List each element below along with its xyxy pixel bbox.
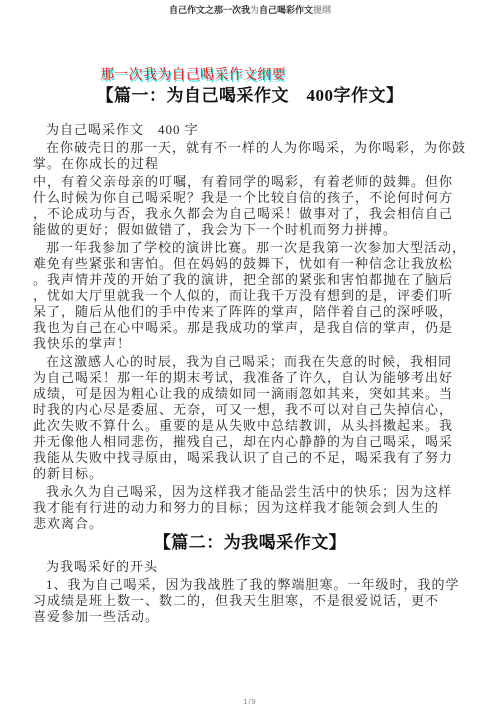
section-heading: 【篇一：为自己喝采作文 400字作文】 xyxy=(33,86,467,105)
body-text-line: 的新目标。 xyxy=(33,466,467,482)
section-paragraphs: 为我喝采好的开头1、我为自己喝采，因为我战胜了我的弊端胆寒。一年级时，我的学习成… xyxy=(33,559,467,625)
header-title-part-muted: 提纲 xyxy=(313,5,331,15)
body-text-line: 我也为自己在心中喝采。那是我成功的掌声，是我自信的掌声，仍是 xyxy=(33,320,467,336)
body-text-line: 成绩，可是因为粗心让我的成绩如同一滴雨忽如其来，突如其来。当 xyxy=(33,386,467,402)
body-text-line: 为自己喝采！那一年的期末考试，我准备了许久，自认为能够考出好 xyxy=(33,370,467,386)
paragraph: 为我喝采好的开头 xyxy=(33,559,467,575)
body-text-line: 习成绩是班上数一、数二的，但我天生胆寒，不是很爱说话，更不 xyxy=(33,593,467,609)
essay-section: 【篇一：为自己喝采作文 400字作文】为自己喝采作文 400 字在你破壳日的那一… xyxy=(33,86,467,532)
body-text-line: 1、我为自己喝采，因为我战胜了我的弊端胆寒。一年级时，我的学 xyxy=(33,577,467,593)
paragraph: 为自己喝采作文 400 字 xyxy=(33,122,467,138)
paragraph: 在你破壳日的那一天，就有不一样的人为你喝采，为你喝彩，为你鼓掌。在你成长的过程 xyxy=(33,140,467,172)
header-title-part: 自己喝彩作文 xyxy=(259,5,313,15)
body-text-line: 中，有着父亲母亲的叮嘱，有着同学的喝彩，有着老师的鼓舞。但你 xyxy=(33,174,467,190)
section-heading: 【篇二：为我喝采作文】 xyxy=(33,533,467,552)
body-text-line: 我快乐的掌声！ xyxy=(33,336,467,352)
body-text-line: 那一年我参加了学校的演讲比赛。那一次是我第一次参加大型活动， xyxy=(33,240,467,256)
paragraph: 那一年我参加了学校的演讲比赛。那一次是我第一次参加大型活动，难免有些紧张和害怕。… xyxy=(33,240,467,352)
body-text-line: 为我喝采好的开头 xyxy=(33,559,467,575)
body-text-line: ，不论成功与否，我永久都会为自己喝采！做事对了，我会相信自己 xyxy=(33,206,467,222)
body-text-line: 我能从失败中找寻原由，喝采我认识了自己的不足，喝采我有了努力 xyxy=(33,450,467,466)
body-text-line: 呆了，随后从他们的手中传来了阵阵的掌声，陪伴着自己的深呼吸， xyxy=(33,304,467,320)
paragraph: 中，有着父亲母亲的叮嘱，有着同学的喝彩，有着老师的鼓舞。但你什么时候为你自己喝采… xyxy=(33,174,467,238)
document-header-title: 自己作文之那一次我为自己喝彩作文提纲 xyxy=(0,3,500,16)
header-title-part: 自己作文之那一次我 xyxy=(169,5,250,15)
paragraph: 在这激感人心的时辰，我为自己喝采；而我在失意的时候，我相同为自己喝采！那一年的期… xyxy=(33,354,467,482)
page-number: 1/9 xyxy=(0,697,500,706)
body-text-line: 我永久为自己喝采，因为这样我才能品尝生活中的快乐；因为这样 xyxy=(33,484,467,500)
body-text-line: 时我的内心尽是委屈、无奈，可又一想，我不可以对自己失掉信心， xyxy=(33,402,467,418)
body-text-line: 掌。在你成长的过程 xyxy=(33,156,467,172)
body-text-line: ，忧如大厅里就我一个人似的，而让我千万没有想到的是，评委们听 xyxy=(33,288,467,304)
body-text-line: 此次失败不算什么。重要的是从失败中总结教训，从头抖擞起来。我 xyxy=(33,418,467,434)
essay-section: 【篇二：为我喝采作文】为我喝采好的开头1、我为自己喝采，因为我战胜了我的弊端胆寒… xyxy=(33,533,467,625)
body-text-line: 悲欢离合。 xyxy=(33,516,467,532)
body-text-line: 在这激感人心的时辰，我为自己喝采；而我在失意的时候，我相同 xyxy=(33,354,467,370)
body-text-line: 什么时候为你自己喝采呢？我是一个比较自信的孩子，不论何时何方 xyxy=(33,190,467,206)
document-content: 【篇一：为自己喝采作文 400字作文】为自己喝采作文 400 字在你破壳日的那一… xyxy=(33,86,467,625)
body-text-line: 并无像他人相同悲伤，摧残自己，却在内心静静的为自己喝采，喝采 xyxy=(33,434,467,450)
paragraph: 我永久为自己喝采，因为这样我才能品尝生活中的快乐；因为这样我才能有行进的动力和努… xyxy=(33,484,467,532)
header-title-part-muted: 为 xyxy=(250,5,259,15)
body-text-line: 。我声情并茂的开始了我的演讲，把全部的紧张和害怕都抛在了脑后 xyxy=(33,272,467,288)
body-text-line: 我才能有行进的动力和努力的目标；因为这样我才能领会到人生的 xyxy=(33,500,467,516)
outline-link-heading: 那一次我为自己喝采作文纲要 xyxy=(100,64,286,84)
body-text-line: 为自己喝采作文 400 字 xyxy=(33,122,467,138)
paragraph: 1、我为自己喝采，因为我战胜了我的弊端胆寒。一年级时，我的学习成绩是班上数一、数… xyxy=(33,577,467,625)
document-page: 自己作文之那一次我为自己喝彩作文提纲 那一次我为自己喝采作文纲要 【篇一：为自己… xyxy=(0,0,500,708)
body-text-line: 喜爱参加一些活动。 xyxy=(33,609,467,625)
body-text-line: 难免有些紧张和害怕。但在妈妈的鼓舞下，忧如有一种信念让我放松 xyxy=(33,256,467,272)
body-text-line: 在你破壳日的那一天，就有不一样的人为你喝采，为你喝彩，为你鼓 xyxy=(33,140,467,156)
section-paragraphs: 为自己喝采作文 400 字在你破壳日的那一天，就有不一样的人为你喝采，为你喝彩，… xyxy=(33,122,467,532)
body-text-line: 能做的更好；假如做错了，我会为下一个时机而努力拼搏。 xyxy=(33,222,467,238)
